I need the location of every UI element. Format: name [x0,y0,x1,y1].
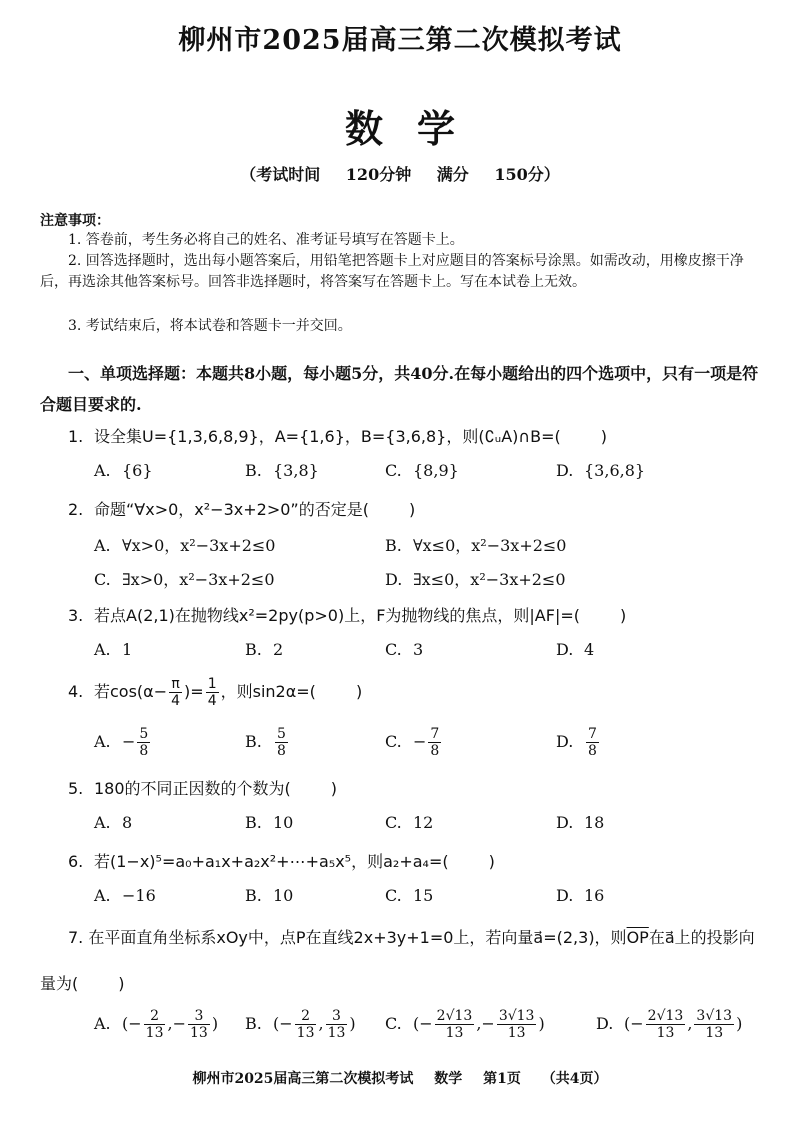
question-stem: 若cos(α− [94,682,167,701]
numerator: 3√13 [497,1008,537,1025]
numerator: π [169,676,182,693]
numerator: 3 [326,1008,348,1025]
option-c: C.3 [385,640,423,659]
option-d: D.4 [556,640,594,659]
denominator: 13 [497,1025,537,1041]
question-stem: 180的不同正因数的个数为( [94,779,291,798]
full-score-value: 150分） [494,165,559,184]
numerator: 5 [137,726,150,743]
numerator: 2 [144,1008,166,1025]
question-6: 6.若(1−x)⁵=a₀+a₁x+a₂x²+⋯+a₅x⁵，则a₂+a₄=() [68,849,495,872]
option-label: C. [385,732,413,751]
exam-title: 柳州市2025届高三第二次模拟考试 [0,18,800,57]
numerator: 7 [586,726,599,743]
option-c: C.{8,9} [385,461,459,480]
numerator: 2√13 [646,1008,686,1025]
option-label: B. [245,732,273,751]
fraction: 213 [144,1008,166,1041]
option-label: A. [94,886,122,905]
question-stem: 设全集U={1,3,6,8,9}，A={1,6}，B={3,6,8}，则(∁ᵤA… [94,427,561,446]
option-label: C. [385,1014,413,1033]
subject-title: 数学 [0,98,800,153]
option-sign: − [173,1014,186,1033]
option-label: C. [385,461,413,480]
option-text: ∃x>0，x²−3x+2≤0 [122,570,275,589]
option-sign: − [481,1014,494,1033]
footer-page: 第1页 [483,1071,521,1087]
option-a: A.∀x>0，x²−3x+2≤0 [94,533,276,556]
option-label: C. [94,570,122,589]
fraction: 3√1313 [497,1008,537,1041]
question-stem: 在平面直角坐标系xOy中，点P在直线2x+3y+1=0上，若向量a⃗=(2,3)… [88,928,626,947]
option-label: A. [94,1014,122,1033]
option-label: D. [556,886,584,905]
option-d: D.78 [556,726,601,759]
option-label: B. [245,461,273,480]
option-b: B.{3,8} [245,461,319,480]
footer-total: （共4页） [542,1071,608,1087]
option-a: A.−58 [94,726,152,759]
option-b: B.∀x≤0，x²−3x+2≤0 [385,533,567,556]
question-2: 2.命题“∀x>0，x²−3x+2>0”的否定是() [68,497,415,520]
denominator: 8 [586,743,599,759]
option-label: B. [385,536,413,555]
option-text: 1 [122,640,132,659]
paren: ) [349,1014,355,1033]
answer-paren: ) [409,500,415,519]
fraction: 3√1313 [694,1008,734,1041]
question-number: 3. [68,606,94,625]
numerator: 2√13 [435,1008,475,1025]
fraction: 14 [206,676,219,709]
option-c: C.−78 [385,726,443,759]
option-label: B. [245,886,273,905]
paren: ) [538,1014,544,1033]
notice-heading: 注意事项： [40,210,110,230]
notice-item: 2. 回答选择题时，选出每小题答案后，用铅笔把答题卡上对应题目的答案标号涂黑。如… [40,251,762,293]
question-number: 5. [68,779,94,798]
option-text: 4 [584,640,594,659]
option-b: B.10 [245,813,293,832]
notice-item: 1. 答卷前，考生务必将自己的姓名、准考证号填写在答题卡上。 [40,230,762,251]
fraction: 58 [137,726,150,759]
denominator: 8 [137,743,150,759]
answer-paren: ) [118,974,124,993]
option-b: B.(−213,313) [245,1008,356,1041]
section-heading: 一、单项选择题：本题共8小题，每小题5分，共40分.在每小题给出的四个选项中，只… [40,358,765,420]
full-score-label: 满分 [437,165,469,184]
numerator: 5 [275,726,288,743]
question-1: 1.设全集U={1,3,6,8,9}，A={1,6}，B={3,6,8}，则(∁… [68,424,607,447]
option-a: A.−16 [94,886,156,905]
notice-text: 1. 答卷前，考生务必将自己的姓名、准考证号填写在答题卡上。 [68,232,464,248]
option-sign: − [279,1014,292,1033]
option-d: D.{3,6,8} [556,461,645,480]
option-b: B.58 [245,726,290,759]
numerator: 3√13 [694,1008,734,1025]
answer-paren: ) [601,427,607,446]
option-text: {3,8} [273,461,319,480]
option-sign: − [630,1014,643,1033]
option-c: C.15 [385,886,433,905]
option-c: C.(−2√1313,−3√1313) [385,1008,545,1041]
option-d: D.18 [556,813,604,832]
option-label: B. [245,813,273,832]
numerator: 3 [188,1008,210,1025]
answer-paren: ) [331,779,337,798]
option-sign: − [413,732,426,751]
option-text: 10 [273,813,293,832]
option-b: B.2 [245,640,283,659]
notice-text: 3. 考试结束后，将本试卷和答题卡一并交回。 [68,318,352,334]
question-4: 4.若cos(α−π4)=14，则sin2α=() [68,676,362,709]
exam-info: （考试时间 120分钟 满分 150分） [0,162,800,185]
option-text: 15 [413,886,433,905]
denominator: 13 [435,1025,475,1041]
option-label: D. [556,732,584,751]
page-footer: 柳州市2025届高三第二次模拟考试 数学 第1页 （共4页） [0,1068,800,1088]
option-b: B.10 [245,886,293,905]
option-c: C.∃x>0，x²−3x+2≤0 [94,567,275,590]
answer-paren: ) [356,682,362,701]
denominator: 13 [694,1025,734,1041]
fraction: 78 [428,726,441,759]
option-d: D.16 [556,886,604,905]
question-stem: ，则sin2α=( [221,682,316,701]
fraction: 58 [275,726,288,759]
option-label: D. [596,1014,624,1033]
option-text: 2 [273,640,283,659]
option-text: 12 [413,813,433,832]
option-label: A. [94,813,122,832]
answer-paren: ) [489,852,495,871]
option-text: {3,6,8} [584,461,645,480]
fraction: 78 [586,726,599,759]
option-label: A. [94,536,122,555]
option-label: A. [94,461,122,480]
option-text: ∀x>0，x²−3x+2≤0 [122,536,276,555]
option-text: 8 [122,813,132,832]
option-label: C. [385,813,413,832]
paren: ) [736,1014,742,1033]
option-text: {8,9} [413,461,459,480]
option-sign: − [128,1014,141,1033]
question-stem: )= [184,682,204,701]
option-text: ∃x≤0，x²−3x+2≤0 [413,570,566,589]
numerator: 2 [295,1008,317,1025]
option-text: 16 [584,886,604,905]
option-sign: − [419,1014,432,1033]
question-number: 1. [68,427,94,446]
option-label: C. [385,640,413,659]
question-7: 7. 在平面直角坐标系xOy中，点P在直线2x+3y+1=0上，若向量a⃗=(2… [40,915,762,1007]
numerator: 7 [428,726,441,743]
option-label: A. [94,732,122,751]
footer-title: 柳州市2025届高三第二次模拟考试 [192,1071,413,1087]
denominator: 13 [188,1025,210,1041]
denominator: 4 [206,693,219,709]
fraction: 213 [295,1008,317,1041]
option-a: A.{6} [94,461,153,480]
vector-op: OP [627,928,649,947]
option-label: C. [385,886,413,905]
question-number: 6. [68,852,94,871]
question-number: 4. [68,682,94,701]
option-label: A. [94,640,122,659]
fraction: π4 [169,676,182,709]
option-label: D. [556,640,584,659]
option-label: B. [245,1014,273,1033]
option-sign: − [122,732,135,751]
fraction: 2√1313 [435,1008,475,1041]
question-number: 2. [68,500,94,519]
question-stem: 命题“∀x>0，x²−3x+2>0”的否定是( [94,500,369,519]
notice-text: 2. 回答选择题时，选出每小题答案后，用铅笔把答题卡上对应题目的答案标号涂黑。如… [40,253,744,290]
numerator: 1 [206,676,219,693]
fraction: 313 [326,1008,348,1041]
option-text: 3 [413,640,423,659]
option-label: D. [556,813,584,832]
exam-time-label: （考试时间 [240,165,320,184]
option-d: D.(−2√1313,3√1313) [596,1008,742,1041]
question-stem: 若点A(2,1)在抛物线x²=2py(p>0)上，F为抛物线的焦点，则|AF|=… [94,606,580,625]
question-5: 5.180的不同正因数的个数为() [68,776,337,799]
option-c: C.12 [385,813,433,832]
option-label: D. [556,461,584,480]
denominator: 4 [169,693,182,709]
question-3: 3.若点A(2,1)在抛物线x²=2py(p>0)上，F为抛物线的焦点，则|AF… [68,603,626,626]
notice-item: 3. 考试结束后，将本试卷和答题卡一并交回。 [40,316,762,337]
footer-subject: 数学 [434,1071,462,1087]
denominator: 13 [144,1025,166,1041]
option-text: 18 [584,813,604,832]
option-label: D. [385,570,413,589]
fraction: 2√1313 [646,1008,686,1041]
option-text: −16 [122,886,156,905]
answer-paren: ) [620,606,626,625]
option-a: A.8 [94,813,132,832]
option-text: ∀x≤0，x²−3x+2≤0 [413,536,567,555]
question-stem: 若(1−x)⁵=a₀+a₁x+a₂x²+⋯+a₅x⁵，则a₂+a₄=( [94,852,449,871]
fraction: 313 [188,1008,210,1041]
denominator: 8 [428,743,441,759]
option-a: A.1 [94,640,132,659]
option-text: {6} [122,461,153,480]
option-label: B. [245,640,273,659]
denominator: 8 [275,743,288,759]
option-a: A.(−213,−313) [94,1008,218,1041]
option-d: D.∃x≤0，x²−3x+2≤0 [385,567,566,590]
paren: ) [212,1014,218,1033]
exam-time-value: 120分钟 [346,165,411,184]
question-number: 7. [68,928,83,947]
option-text: 10 [273,886,293,905]
denominator: 13 [295,1025,317,1041]
denominator: 13 [646,1025,686,1041]
denominator: 13 [326,1025,348,1041]
